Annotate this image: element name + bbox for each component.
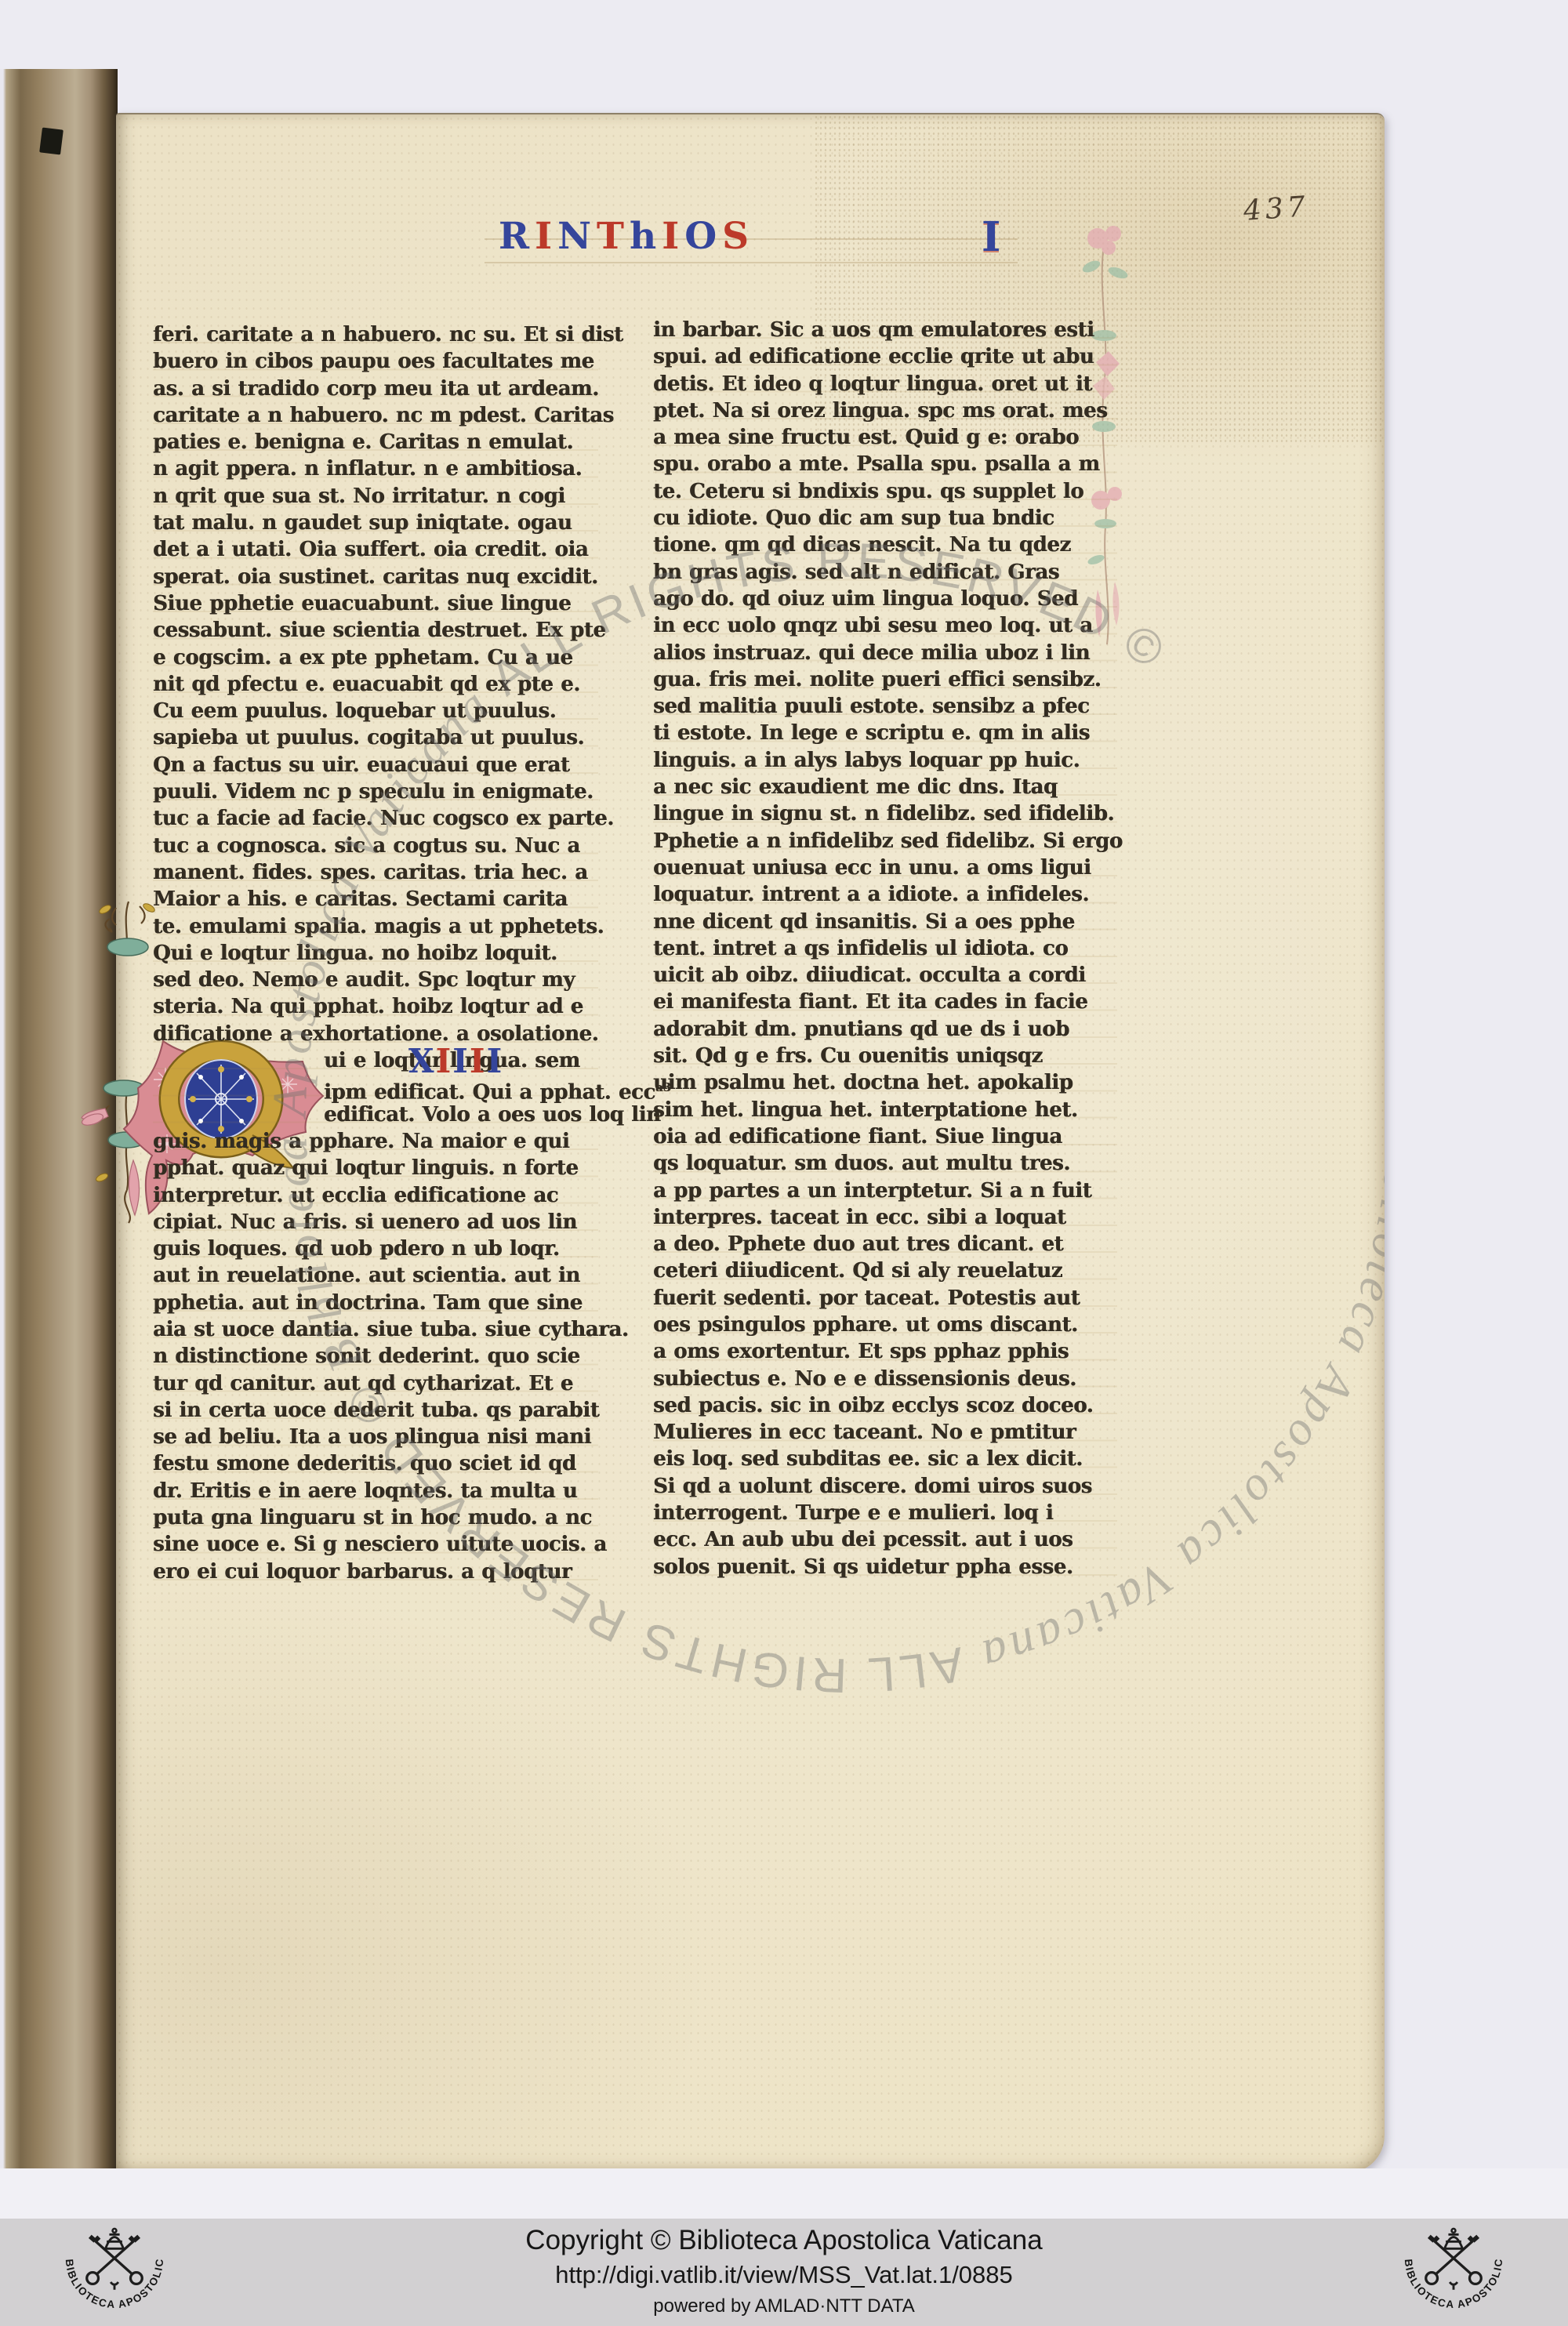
rubric-letter: I (535, 215, 557, 258)
manuscript-scan-viewer: RINThIOS I 437 (0, 0, 1568, 2326)
rubric-letter: I (436, 1042, 453, 1080)
manuscript-line: Qn a factus su uir. euacuaui que erat (153, 752, 598, 778)
manuscript-line: Pphetie a n infidelibz sed fidelibz. Si … (653, 828, 1117, 855)
manuscript-line: pphetia. aut in doctrina. Tam que sine (153, 1290, 598, 1316)
manuscript-line: bn gras agis. sed alt n edificat. Gras (653, 559, 1117, 586)
manuscript-line: sapieba ut puulus. cogitaba ut puulus. (153, 724, 598, 751)
manuscript-line: spu. orabo a mte. Psalla spu. psalla a m (653, 451, 1117, 477)
rubric-letter: O (684, 215, 722, 258)
manuscript-line: oes psingulos pphare. ut oms discant. (653, 1312, 1117, 1338)
manuscript-line: puuli. Videm nc p speculu in enigmate. (153, 778, 598, 805)
manuscript-line: n qrit que sua st. No irritatur. n cogi (153, 483, 598, 510)
manuscript-line: tat malu. n gaudet sup iniqtate. ogau (153, 510, 598, 536)
footer-copyright: Copyright © Biblioteca Apostolica Vatica… (0, 2225, 1568, 2256)
manuscript-line: Qui e loqtur lingua. no hoibz loquit. (153, 940, 598, 967)
manuscript-line: a deo. Pphete duo aut tres dicant. et (653, 1231, 1117, 1257)
manuscript-line: sperat. oia sustinet. caritas nuq excidi… (153, 564, 598, 590)
manuscript-line: e cogscim. a ex pte pphetam. Cu a ue (153, 644, 598, 671)
manuscript-line: tuc a cognosca. sic a cogtus su. Nuc a (153, 833, 598, 859)
manuscript-line: guis. magis a pphare. Na maior e qui (153, 1128, 598, 1155)
manuscript-line: sit. Qd g e frs. Cu ouenitis uniqsqz (653, 1043, 1117, 1069)
manuscript-line: spui. ad edificatione ecclie qrite ut ab… (653, 343, 1117, 370)
crossed-keys-tiara-icon (87, 2229, 143, 2290)
rubric-letter: R (499, 215, 535, 258)
manuscript-line: Siue pphetie euacuabunt. siue lingue (153, 590, 598, 617)
manuscript-line: paties e. benigna e. Caritas n emulat. (153, 429, 598, 455)
manuscript-line: tur qd canitur. aut qd cytharizat. Et e (153, 1370, 598, 1397)
rubric-letter: I (452, 1042, 470, 1080)
running-header-roman-numeral: I (982, 213, 1000, 261)
manuscript-line: ecc. An aub ubu dei pcessit. aut i uos (653, 1526, 1117, 1553)
manuscript-line: a pp partes a un interptetur. Si a n fui… (653, 1178, 1117, 1204)
manuscript-line: cu idiote. Quo dic am sup tua bndic (653, 505, 1117, 532)
manuscript-line: aut in reuelatione. aut scientia. aut in (153, 1262, 598, 1289)
manuscript-line: interpres. taceat in ecc. sibi a loquat (653, 1204, 1117, 1231)
manuscript-line: ui e loqtur lingua. sem (153, 1047, 598, 1074)
manuscript-line: ptet. Na si orez lingua. spc ms orat. me… (653, 397, 1117, 424)
manuscript-line: interrogent. Turpe e e mulieri. loq i (653, 1500, 1117, 1526)
manuscript-line: nne dicent qd insanitis. Si a oes pphe (653, 909, 1117, 935)
manuscript-line: ipm edificat. Qui a pphat. ecca3 (153, 1074, 598, 1101)
manuscript-line: sim het. lingua het. interptatione het. (653, 1097, 1117, 1123)
manuscript-line: sed deo. Nemo e audit. Spc loqtur my (153, 967, 598, 993)
manuscript-line: adorabit dm. pnutians qd ue ds i uob (653, 1016, 1117, 1043)
running-header-title: RINThIOS (499, 215, 754, 258)
manuscript-line: alios instruaz. qui dece milia uboz i li… (653, 640, 1117, 666)
manuscript-line: cipiat. Nuc a fris. si uenero ad uos lin (153, 1209, 598, 1236)
ruling-line (485, 262, 1018, 263)
manuscript-line: ouenuat uniusa ecc in unu. a oms ligui (653, 855, 1117, 881)
manuscript-line: Si qd a uolunt discere. domi uiros suos (653, 1473, 1117, 1500)
manuscript-line: aia st uoce dantia. siue tuba. siue cyth… (153, 1316, 598, 1343)
manuscript-line: te. Ceteru si bndixis spu. qs supplet lo (653, 478, 1117, 505)
manuscript-line: fuerit sedenti. por taceat. Potestis aut (653, 1285, 1117, 1312)
manuscript-line: ago do. qd oiuz uim lingua loquo. Sed (653, 586, 1117, 612)
vatican-library-logo-left: BIBLIOTECA APOSTOLICA VATICANA (39, 2222, 190, 2322)
rubric-letter: T (597, 215, 630, 258)
manuscript-line: sine uoce e. Si g nesciero uitute uocis.… (153, 1531, 598, 1558)
manuscript-line: edificat. Volo a oes uos loq lin (153, 1101, 598, 1128)
manuscript-line: se ad beliu. Ita a uos plingua nisi mani (153, 1424, 598, 1450)
manuscript-line: qs loquatur. sm duos. aut multu tres. (653, 1150, 1117, 1177)
footer-powered-by: powered by AMLAD·NTT DATA (0, 2295, 1568, 2317)
text-column-right: in barbar. Sic a uos qm emulatores estis… (653, 317, 1117, 1580)
crossed-keys-tiara-icon (1426, 2229, 1482, 2290)
manuscript-line: Cu eem puulus. loquebar ut puulus. (153, 698, 598, 724)
footer-white-band (0, 2168, 1568, 2219)
manuscript-line: gua. fris mei. nolite pueri effici sensi… (653, 666, 1117, 693)
manuscript-line: a oms exortentur. Et sps pphaz pphis (653, 1338, 1117, 1365)
rubric-letter: h (630, 215, 662, 258)
manuscript-line: n agit ppera. n inflatur. n e ambitiosa. (153, 455, 598, 482)
parchment-page: RINThIOS I 437 (116, 113, 1385, 2173)
manuscript-line: uim psalmu het. doctna het. apokalip (653, 1069, 1117, 1096)
manuscript-line: pphat. quaz qui loqtur linguis. n forte (153, 1155, 598, 1181)
footer-url: http://digi.vatlib.it/view/MSS_Vat.lat.1… (0, 2261, 1568, 2289)
rubric-letter: X (408, 1042, 436, 1080)
manuscript-line: ero ei cui loquor barbarus. a q loqtur (153, 1559, 598, 1585)
manuscript-line: ti estote. In lege e scriptu e. qm in al… (653, 720, 1117, 746)
chapter-numeral: XIIII (408, 1047, 503, 1076)
manuscript-line: te. emulami spalia. magis a ut pphetets. (153, 913, 598, 940)
manuscript-line: loquatur. intrent a a idiote. a infidele… (653, 881, 1117, 908)
manuscript-line: oia ad edificatione fiant. Siue lingua (653, 1123, 1117, 1150)
manuscript-line: a nec sic exaudient me dic dns. Itaq (653, 774, 1117, 800)
manuscript-line: festu smone dederitis. quo sciet id qd (153, 1450, 598, 1477)
manuscript-line: manent. fides. spes. caritas. tria hec. … (153, 859, 598, 886)
manuscript-line: feri. caritate a n habuero. nc su. Et si… (153, 321, 598, 348)
manuscript-line: interpretur. ut ecclia edificatione ac (153, 1182, 598, 1209)
rubric-letter: I (662, 215, 684, 258)
manuscript-line: tent. intret a qs infidelis ul idiota. c… (653, 935, 1117, 962)
manuscript-line: cessabunt. siue scientia destruet. Ex pt… (153, 617, 598, 644)
manuscript-line: buero in cibos paupu oes facultates me (153, 348, 598, 375)
manuscript-line: sed malitia puuli estote. sensibz a pfec (653, 693, 1117, 720)
rubric-letter: I (487, 1042, 504, 1080)
manuscript-line: puta gna linguaru st in hoc mudo. a nc (153, 1504, 598, 1531)
manuscript-line: linguis. a in alys labys loquar pp huic. (653, 747, 1117, 774)
folio-number: 437 (1243, 191, 1310, 227)
vatican-library-logo-right: BIBLIOTECA APOSTOLICA VATICANA (1378, 2222, 1529, 2322)
manuscript-line: si in certa uoce dederit tuba. qs parabi… (153, 1397, 598, 1424)
manuscript-line: solos puenit. Si qs uidetur ppha esse. (653, 1554, 1117, 1580)
manuscript-line: Maior a his. e caritas. Sectami carita (153, 886, 598, 913)
manuscript-line: n distinctione sonit dederint. quo scie (153, 1343, 598, 1370)
manuscript-line: nit qd pfectu e. euacuabit qd ex pte e. (153, 671, 598, 698)
manuscript-line: in barbar. Sic a uos qm emulatores esti (653, 317, 1117, 343)
manuscript-line: dr. Eritis e in aere loqntes. ta multa u (153, 1478, 598, 1504)
manuscript-line: caritate a n habuero. nc m pdest. Carita… (153, 402, 598, 429)
manuscript-line: lingue in signu st. n fidelibz. sed ifid… (653, 800, 1117, 827)
rubric-letter: N (557, 215, 597, 258)
manuscript-line: det a i utati. Oia suffert. oia credit. … (153, 536, 598, 563)
manuscript-line: as. a si tradido corp meu ita ut ardeam. (153, 376, 598, 402)
rubric-letter: S (722, 215, 754, 258)
binding-tab-mark (39, 127, 64, 154)
manuscript-line: dificatione a exhortatione. a osolatione… (153, 1021, 598, 1047)
manuscript-line: tuc a facie ad facie. Nuc cogsco ex part… (153, 805, 598, 832)
rubric-letter: I (470, 1042, 487, 1080)
manuscript-line: subiectus e. No e e dissensionis deus. (653, 1366, 1117, 1392)
manuscript-line: ei manifesta fiant. Et ita cades in faci… (653, 989, 1117, 1015)
manuscript-line: Mulieres in ecc taceant. No e pmtitur (653, 1419, 1117, 1446)
text-column-left: XIIII feri. caritate a n habuero. nc su.… (153, 321, 598, 1585)
manuscript-line: detis. Et ideo q loqtur lingua. oret ut … (653, 371, 1117, 397)
manuscript-line: in ecc uolo qnqz ubi sesu meo loq. ut a (653, 612, 1117, 639)
manuscript-line: guis loques. qd uob pdero n ub loqr. (153, 1236, 598, 1262)
manuscript-line: ceteri diiudicent. Qd si aly reuelatuz (653, 1257, 1117, 1284)
footer-bar: Copyright © Biblioteca Apostolica Vatica… (0, 2219, 1568, 2326)
manuscript-line: tione. qm qd dicas nescit. Na tu qdez (653, 532, 1117, 558)
manuscript-line: steria. Na qui pphat. hoibz loqtur ad e (153, 993, 598, 1020)
manuscript-line: uicit ab oibz. diiudicat. occulta a cord… (653, 962, 1117, 989)
manuscript-line: eis loq. sed subditas ee. sic a lex dici… (653, 1446, 1117, 1472)
manuscript-line: a mea sine fructu est. Quid g e: orabo (653, 424, 1117, 451)
manuscript-line: sed pacis. sic in oibz ecclys scoz doceo… (653, 1392, 1117, 1419)
